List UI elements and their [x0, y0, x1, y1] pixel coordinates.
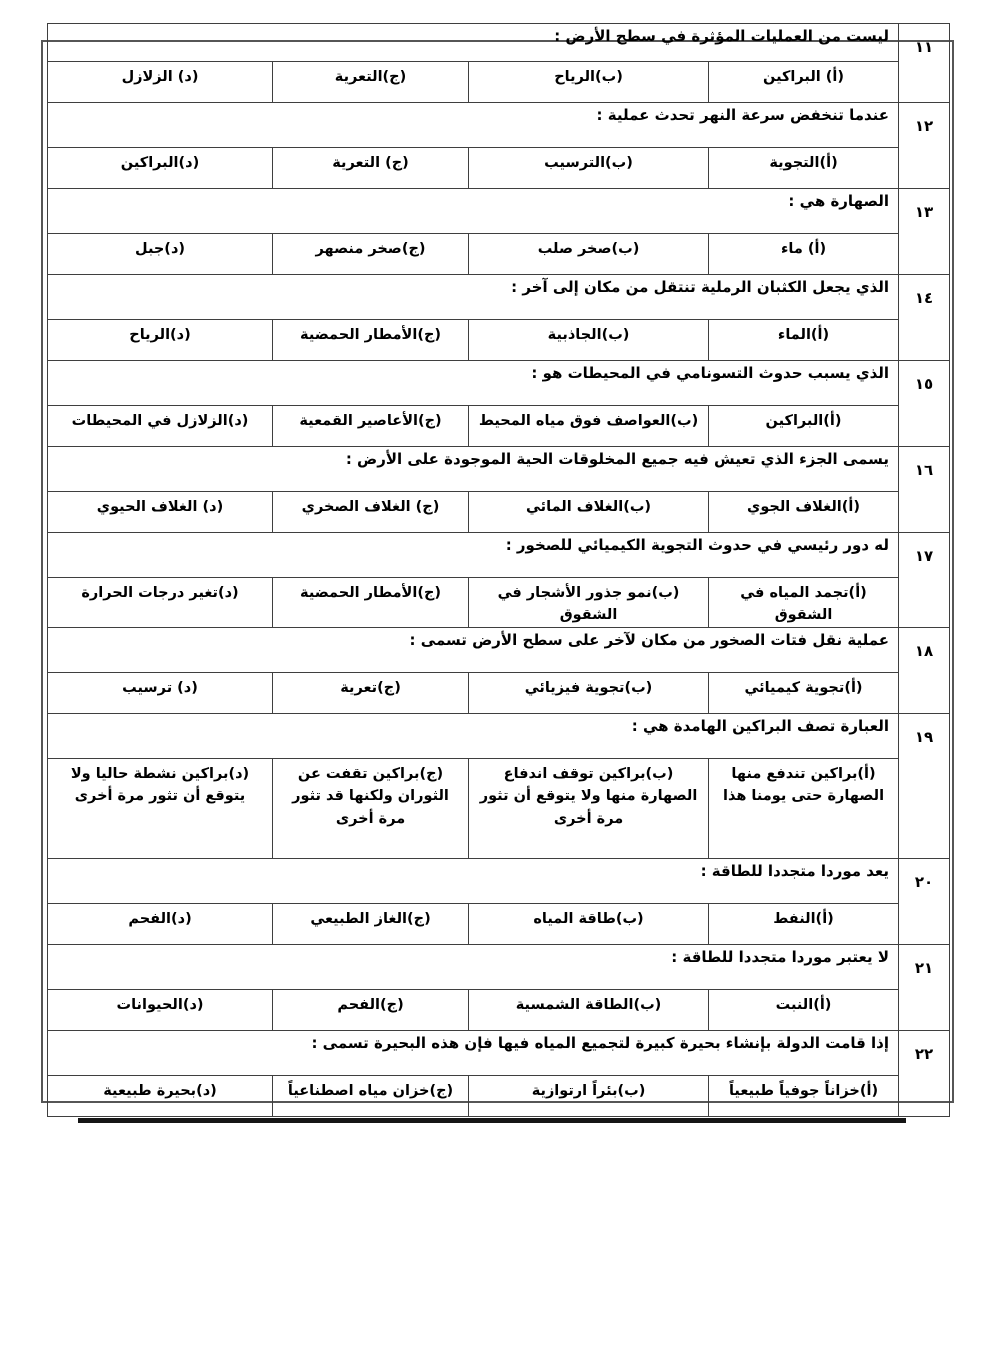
option-d: (د)الفحم	[48, 903, 273, 944]
option-a: (أ)تجوية كيميائي	[709, 672, 899, 713]
question-row: ١٥الذي يسبب حدوث التسونامي في المحيطات ه…	[48, 361, 950, 406]
question-text: عندما تنخفض سرعة النهر تحدث عملية :	[48, 103, 899, 148]
options-row: (أ)النفط(ب)طاقة المياه(ج)الغاز الطبيعي(د…	[48, 903, 950, 944]
question-number: ٢٢	[899, 1030, 950, 1116]
option-a: (أ)النبت	[709, 989, 899, 1030]
question-text: لا يعتبر موردا متجددا للطاقة :	[48, 944, 899, 989]
question-number: ١٤	[899, 275, 950, 361]
question-row: ٢١لا يعتبر موردا متجددا للطاقة :	[48, 944, 950, 989]
option-c: (ج)خزان مياه اصطناعياً	[273, 1075, 469, 1116]
question-number: ١٩	[899, 713, 950, 858]
option-d: (د) ترسيب	[48, 672, 273, 713]
option-d: (د)تغير درجات الحرارة	[48, 578, 273, 628]
question-number: ٢٠	[899, 858, 950, 944]
option-c: (ج)صخر منصهر	[273, 234, 469, 275]
question-text: إذا قامت الدولة بإنشاء بحيرة كبيرة لتجمي…	[48, 1030, 899, 1075]
option-b: (ب)الغلاف المائي	[469, 492, 709, 533]
options-row: (أ)التجوية(ب)الترسيب(ج) التعرية(د)البراك…	[48, 148, 950, 189]
question-row: ٢٢إذا قامت الدولة بإنشاء بحيرة كبيرة لتج…	[48, 1030, 950, 1075]
question-text: الذي يجعل الكثبان الرملية تنتقل من مكان …	[48, 275, 899, 320]
question-number: ١٧	[899, 533, 950, 628]
question-text: عملية نقل فتات الصخور من مكان لآخر على س…	[48, 627, 899, 672]
option-c: (ج)تعرية	[273, 672, 469, 713]
options-row: (أ) البراكين(ب)الرياح(ج)التعرية(د) الزلا…	[48, 62, 950, 103]
question-text: العبارة تصف البراكين الهامدة هي :	[48, 713, 899, 758]
option-a: (أ)الغلاف الجوي	[709, 492, 899, 533]
option-d: (د) الغلاف الحيوي	[48, 492, 273, 533]
question-number: ١٦	[899, 447, 950, 533]
options-row: (أ)خزاناً جوفياً طبيعياً(ب)بئراً ارتوازي…	[48, 1075, 950, 1116]
question-row: ١٩العبارة تصف البراكين الهامدة هي :	[48, 713, 950, 758]
question-row: ١٣الصهارة هي :	[48, 189, 950, 234]
option-a: (أ)التجوية	[709, 148, 899, 189]
question-row: ١٦يسمى الجزء الذي تعيش فيه جميع المخلوقا…	[48, 447, 950, 492]
option-d: (د)البراكين	[48, 148, 273, 189]
question-number: ١٢	[899, 103, 950, 189]
option-c: (ج)الغاز الطبيعي	[273, 903, 469, 944]
option-a: (أ)براكين تندفع منها الصهارة حتى يومنا ه…	[709, 758, 899, 858]
question-number: ١١	[899, 24, 950, 103]
option-b: (ب)طاقة المياه	[469, 903, 709, 944]
options-row: (أ)براكين تندفع منها الصهارة حتى يومنا ه…	[48, 758, 950, 858]
options-row: (أ)تجوية كيميائي(ب)تجوية فيزيائي(ج)تعرية…	[48, 672, 950, 713]
option-b: (ب)الترسيب	[469, 148, 709, 189]
question-number: ١٣	[899, 189, 950, 275]
question-number: ٢١	[899, 944, 950, 1030]
option-c: (ج)براكين تقفت عن الثوران ولكنها قد تثور…	[273, 758, 469, 858]
question-row: ١٨عملية نقل فتات الصخور من مكان لآخر على…	[48, 627, 950, 672]
bottom-rule-divider	[78, 1118, 906, 1123]
option-a: (أ) البراكين	[709, 62, 899, 103]
options-row: (أ) ماء(ب)صخر صلب(ج)صخر منصهر(د)جبل	[48, 234, 950, 275]
question-text: الذي يسبب حدوث التسونامي في المحيطات هو …	[48, 361, 899, 406]
questions-table: ١١ليست من العمليات المؤثرة في سطح الأرض …	[47, 23, 950, 1117]
question-text: له دور رئيسي في حدوث التجوية الكيميائي ل…	[48, 533, 899, 578]
option-d: (د)الرياح	[48, 320, 273, 361]
question-number: ١٥	[899, 361, 950, 447]
option-b: (ب)بئراً ارتوازية	[469, 1075, 709, 1116]
option-c: (ج) الغلاف الصخري	[273, 492, 469, 533]
question-row: ١٤الذي يجعل الكثبان الرملية تنتقل من مكا…	[48, 275, 950, 320]
question-text: يعد موردا متجددا للطاقة :	[48, 858, 899, 903]
option-a: (أ)النفط	[709, 903, 899, 944]
option-d: (د)بحيرة طبيعية	[48, 1075, 273, 1116]
options-row: (أ)الماء(ب)الجاذبية(ج)الأمطار الحمضية(د)…	[48, 320, 950, 361]
option-b: (ب)الجاذبية	[469, 320, 709, 361]
option-a: (أ)خزاناً جوفياً طبيعياً	[709, 1075, 899, 1116]
options-row: (أ)النبت(ب)الطاقة الشمسية(ج)الفحم(د)الحي…	[48, 989, 950, 1030]
option-b: (ب)نمو جذور الأشجار في الشقوق	[469, 578, 709, 628]
option-b: (ب)براكين توقف اندفاع الصهارة منها ولا ي…	[469, 758, 709, 858]
option-a: (أ) ماء	[709, 234, 899, 275]
option-b: (ب)العواصف فوق مياه المحيط	[469, 406, 709, 447]
question-row: ٢٠يعد موردا متجددا للطاقة :	[48, 858, 950, 903]
questions-body: ١١ليست من العمليات المؤثرة في سطح الأرض …	[48, 24, 950, 1117]
option-a: (أ)البراكين	[709, 406, 899, 447]
question-text: الصهارة هي :	[48, 189, 899, 234]
option-d: (د)جبل	[48, 234, 273, 275]
exam-page: ١١ليست من العمليات المؤثرة في سطح الأرض …	[0, 0, 992, 1370]
option-b: (ب)الطاقة الشمسية	[469, 989, 709, 1030]
option-c: (ج)التعرية	[273, 62, 469, 103]
question-row: ١٧له دور رئيسي في حدوث التجوية الكيميائي…	[48, 533, 950, 578]
option-b: (ب)تجوية فيزيائي	[469, 672, 709, 713]
option-d: (د)براكين نشطة حاليا ولا يتوقع أن تثور م…	[48, 758, 273, 858]
option-a: (أ)تجمد المياه في الشقوق	[709, 578, 899, 628]
option-b: (ب)الرياح	[469, 62, 709, 103]
options-row: (أ)البراكين(ب)العواصف فوق مياه المحيط(ج)…	[48, 406, 950, 447]
option-c: (ج)الأعاصير القمعية	[273, 406, 469, 447]
question-row: ١١ليست من العمليات المؤثرة في سطح الأرض …	[48, 24, 950, 62]
option-c: (ج)الأمطار الحمضية	[273, 320, 469, 361]
option-c: (ج) التعرية	[273, 148, 469, 189]
question-row: ١٢عندما تنخفض سرعة النهر تحدث عملية :	[48, 103, 950, 148]
options-row: (أ)تجمد المياه في الشقوق(ب)نمو جذور الأش…	[48, 578, 950, 628]
option-c: (ج)الأمطار الحمضية	[273, 578, 469, 628]
question-text: يسمى الجزء الذي تعيش فيه جميع المخلوقات …	[48, 447, 899, 492]
option-a: (أ)الماء	[709, 320, 899, 361]
question-number: ١٨	[899, 627, 950, 713]
options-row: (أ)الغلاف الجوي(ب)الغلاف المائي(ج) الغلا…	[48, 492, 950, 533]
option-d: (د) الزلازل	[48, 62, 273, 103]
option-c: (ج)الفحم	[273, 989, 469, 1030]
option-d: (د)الحيوانات	[48, 989, 273, 1030]
option-b: (ب)صخر صلب	[469, 234, 709, 275]
question-text: ليست من العمليات المؤثرة في سطح الأرض :	[48, 24, 899, 62]
option-d: (د)الزلازل في المحيطات	[48, 406, 273, 447]
